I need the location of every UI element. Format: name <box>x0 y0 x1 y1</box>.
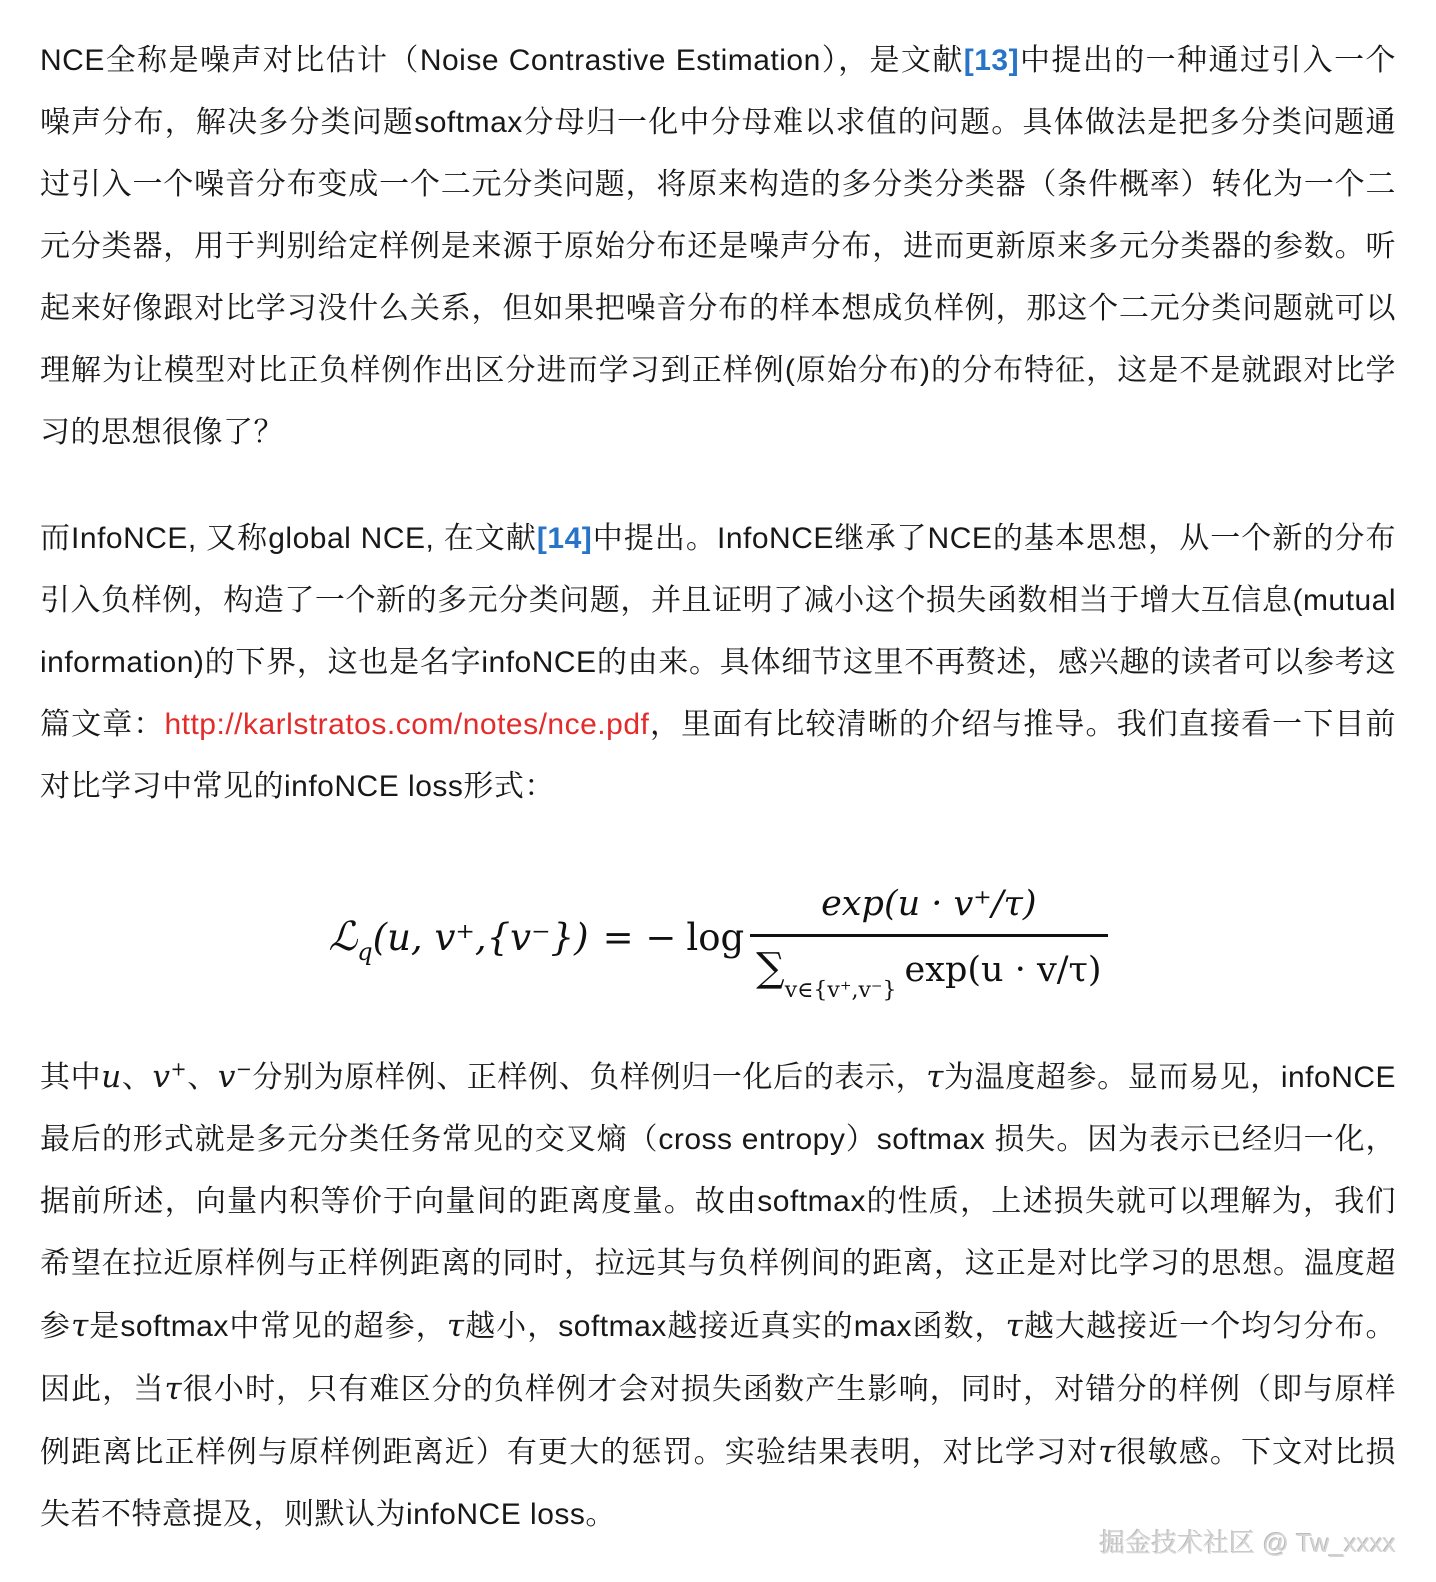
math-superscript: + <box>170 1058 187 1081</box>
formula-fraction: exp(u · v⁺/τ) ∑v∈{v⁺,v⁻}exp(u · v/τ) <box>750 884 1107 991</box>
sum-subscript: v∈{v⁺,v⁻} <box>785 978 897 1003</box>
watermark: 掘金技术社区 @ Tw_xxxx <box>1099 1523 1396 1560</box>
inline-math: τ <box>926 1059 944 1095</box>
formula-script-sub: q <box>357 938 372 966</box>
inline-math: τ <box>71 1308 89 1344</box>
paragraph-infonce-intro: 而InfoNCE, 又称global NCE, 在文献[14]中提出。InfoN… <box>40 508 1396 818</box>
article-page: NCE全称是噪声对比估计（Noise Contrastive Estimatio… <box>0 0 1436 1546</box>
formula-lhs: ℒq(u, v⁺,{v⁻}) <box>328 914 588 960</box>
text-run: 是softmax中常见的超参， <box>89 1310 447 1343</box>
sum-symbol: ∑ <box>756 945 785 991</box>
text-run: 、 <box>187 1061 218 1094</box>
formula-den-term: exp(u · v/τ) <box>905 950 1102 990</box>
text-run: 越小，softmax越接近真实的max函数， <box>465 1310 1006 1343</box>
inline-math: u <box>101 1059 121 1095</box>
inline-math: v− <box>218 1059 253 1095</box>
text-run: 而InfoNCE, 又称global NCE, 在文献 <box>40 522 537 555</box>
text-run: NCE全称是噪声对比估计（Noise Contrastive Estimatio… <box>40 44 964 77</box>
formula-script-l: ℒ <box>328 914 357 960</box>
paragraph-infonce-explanation: 其中u、v+、v−分别为原样例、正样例、负样例归一化后的表示，τ为温度超参。显而… <box>40 1046 1396 1546</box>
inline-math: τ <box>165 1371 183 1407</box>
formula-equals-minus: = − <box>603 916 677 959</box>
math-superscript: − <box>236 1058 253 1081</box>
text-run: 中提出的一种通过引入一个噪声分布，解决多分类问题softmax分母归一化中分母难… <box>40 44 1396 449</box>
text-run: 、 <box>122 1061 153 1094</box>
formula-args: (u, v⁺,{v⁻}) <box>373 916 589 959</box>
paragraph-nce-intro: NCE全称是噪声对比估计（Noise Contrastive Estimatio… <box>40 30 1396 464</box>
formula-log: log <box>686 916 744 959</box>
reference-link[interactable]: [13] <box>964 44 1019 77</box>
reference-link[interactable]: [14] <box>537 522 592 555</box>
formula-denominator: ∑v∈{v⁺,v⁻}exp(u · v/τ) <box>750 934 1107 991</box>
text-run: 分别为原样例、正样例、负样例归一化后的表示， <box>252 1061 926 1094</box>
inline-math: τ <box>447 1308 465 1344</box>
inline-math: v+ <box>152 1059 187 1095</box>
external-url-link[interactable]: http://karlstratos.com/notes/nce.pdf <box>164 708 649 741</box>
text-run: 其中 <box>40 1061 101 1094</box>
inline-math: τ <box>1098 1434 1116 1470</box>
text-run: 为温度超参。显而易见，infoNCE最后的形式就是多元分类任务常见的交叉熵（cr… <box>40 1061 1396 1343</box>
infonce-loss-formula: ℒq(u, v⁺,{v⁻}) = − log exp(u · v⁺/τ) ∑v∈… <box>40 862 1396 1012</box>
inline-math: τ <box>1006 1308 1024 1344</box>
formula-numerator: exp(u · v⁺/τ) <box>807 884 1051 934</box>
